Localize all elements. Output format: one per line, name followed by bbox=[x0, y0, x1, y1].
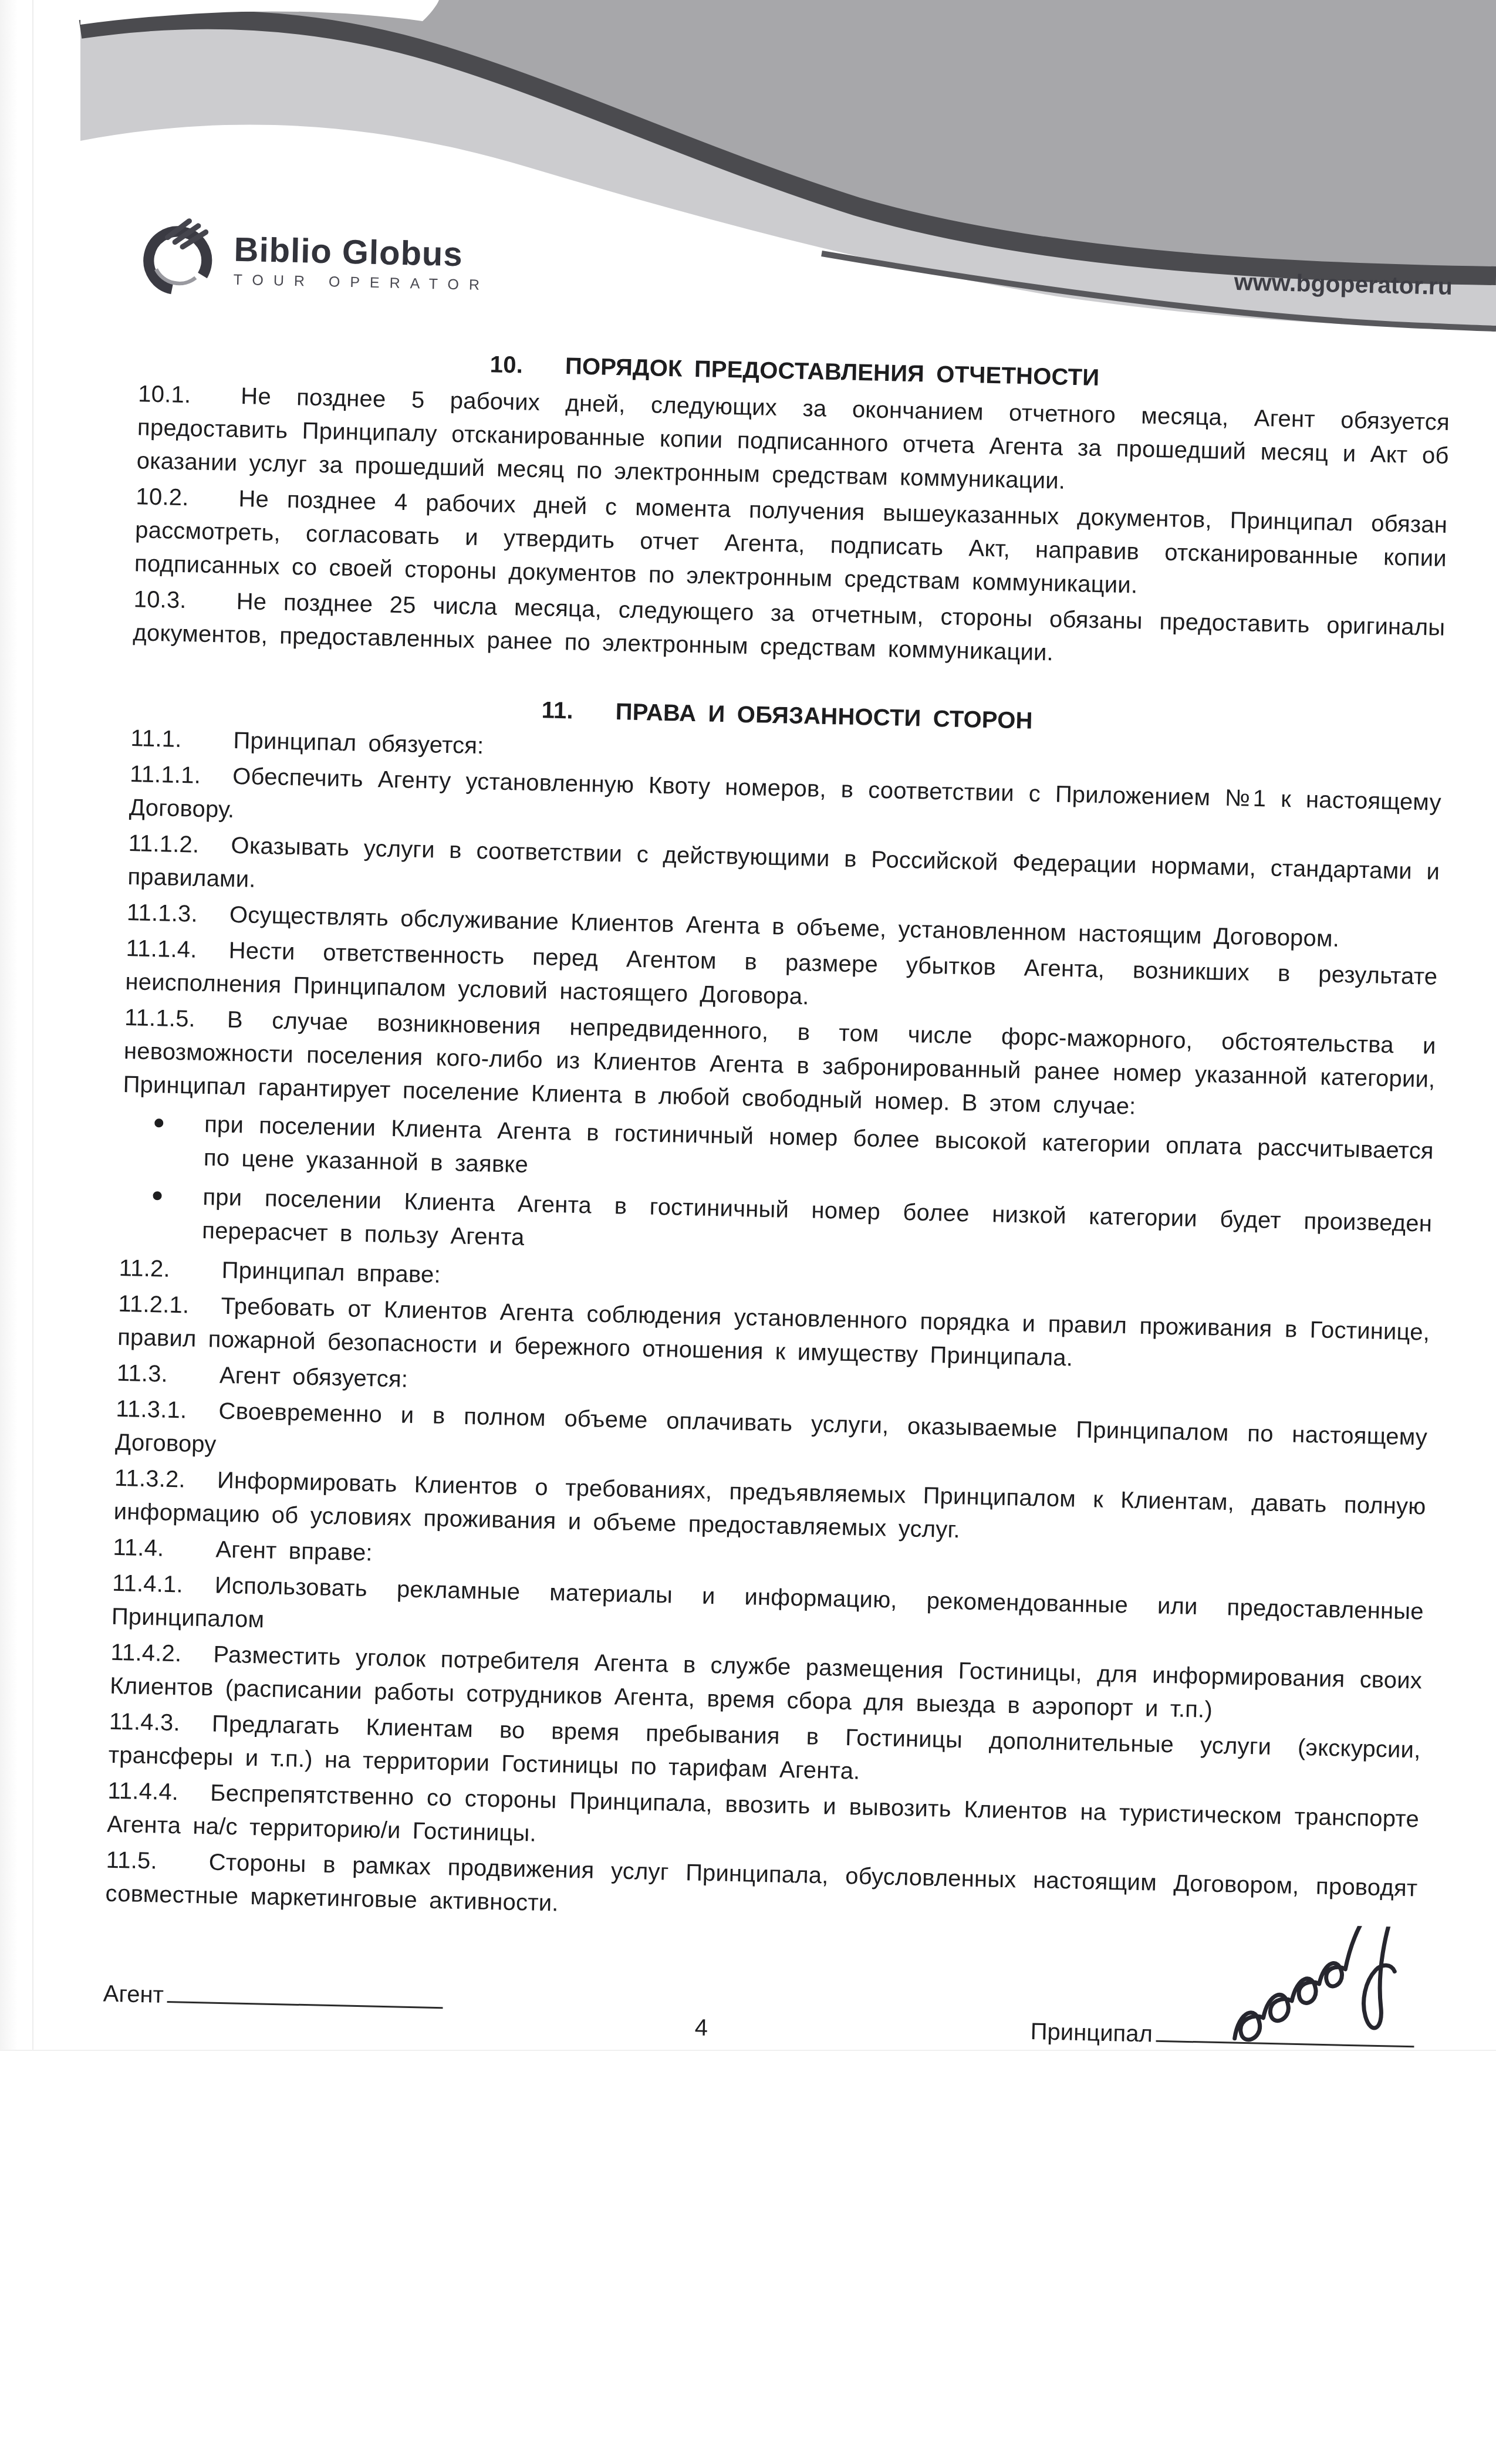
para-text: Не позднее 5 рабочих дней, следующих за … bbox=[136, 383, 1450, 494]
agent-signature-area: Агент bbox=[103, 1976, 443, 2015]
website-url: www.bgoperator.ru bbox=[1234, 268, 1453, 300]
para-text: Агент вправе: bbox=[215, 1537, 373, 1566]
para-number: 11.2. bbox=[119, 1252, 222, 1287]
para-number: 10.1. bbox=[138, 377, 241, 413]
para-number: 11.4.2. bbox=[110, 1636, 214, 1672]
para-number: 11.3.1. bbox=[116, 1392, 219, 1428]
agent-signature-line bbox=[167, 1978, 444, 2009]
para-number: 11.1.4. bbox=[126, 932, 229, 968]
para-number: 11.4. bbox=[113, 1531, 216, 1567]
para-number: 11.1.5. bbox=[124, 1001, 228, 1037]
para-number: 10.2. bbox=[136, 480, 239, 516]
para-number: 11.4.1. bbox=[112, 1567, 215, 1603]
section-number: 11. bbox=[541, 694, 573, 728]
section-number: 10. bbox=[489, 348, 523, 382]
scanned-contract-page: Biblio Globus TOUR OPERATOR www.bgoperat… bbox=[0, 0, 1496, 2464]
logo: Biblio Globus TOUR OPERATOR bbox=[140, 214, 491, 309]
bullet-dot-icon bbox=[153, 1191, 161, 1200]
principal-label: Принципал bbox=[1030, 2019, 1153, 2048]
section-title: ПРАВА И ОБЯЗАННОСТИ СТОРОН bbox=[615, 695, 1033, 738]
principal-signature-area: Принципал bbox=[1030, 2014, 1414, 2053]
para-text: Не позднее 4 рабочих дней с момента полу… bbox=[134, 486, 1448, 598]
para-text: Принципал обязуется: bbox=[233, 728, 484, 759]
para-number: 11.4.3. bbox=[109, 1705, 212, 1741]
principal-signature bbox=[1225, 1923, 1429, 2086]
para-number: 11.4.4. bbox=[107, 1775, 211, 1810]
para-number: 11.5. bbox=[106, 1844, 209, 1880]
para-text: В случае возникновения непредвиденного, … bbox=[123, 1007, 1436, 1120]
para-number: 11.2.1. bbox=[118, 1287, 221, 1323]
para-number: 11.3. bbox=[116, 1357, 219, 1392]
para-number: 11.1.1. bbox=[130, 758, 233, 793]
para-number: 10.3. bbox=[133, 583, 237, 618]
biblio-globus-logo-icon bbox=[140, 214, 218, 303]
para-number: 11.3.2. bbox=[114, 1462, 217, 1498]
letterhead: Biblio Globus TOUR OPERATOR www.bgoperat… bbox=[140, 214, 1454, 330]
bullet-list: при поселении Клиента Агента в гостиничн… bbox=[120, 1106, 1434, 1275]
para-number: 11.1.3. bbox=[126, 896, 229, 932]
signature-block: Агент 4 Принципал bbox=[103, 1976, 1415, 2057]
page-number: 4 bbox=[694, 2015, 708, 2041]
para-number: 11.1.2. bbox=[128, 827, 231, 863]
bullet-dot-icon bbox=[154, 1118, 163, 1127]
logo-tagline: TOUR OPERATOR bbox=[233, 272, 489, 293]
agent-label: Агент bbox=[103, 1981, 164, 2009]
contract-body: 10. ПОРЯДОК ПРЕДОСТАВЛЕНИЯ ОТЧЕТНОСТИ 10… bbox=[105, 340, 1451, 1939]
para-number: 11.1. bbox=[130, 722, 234, 758]
para-text: Принципал вправе: bbox=[221, 1258, 441, 1288]
para-text: Агент обязуется: bbox=[219, 1363, 408, 1392]
principal-signature-line bbox=[1156, 2017, 1415, 2048]
logo-title: Biblio Globus bbox=[234, 232, 490, 272]
